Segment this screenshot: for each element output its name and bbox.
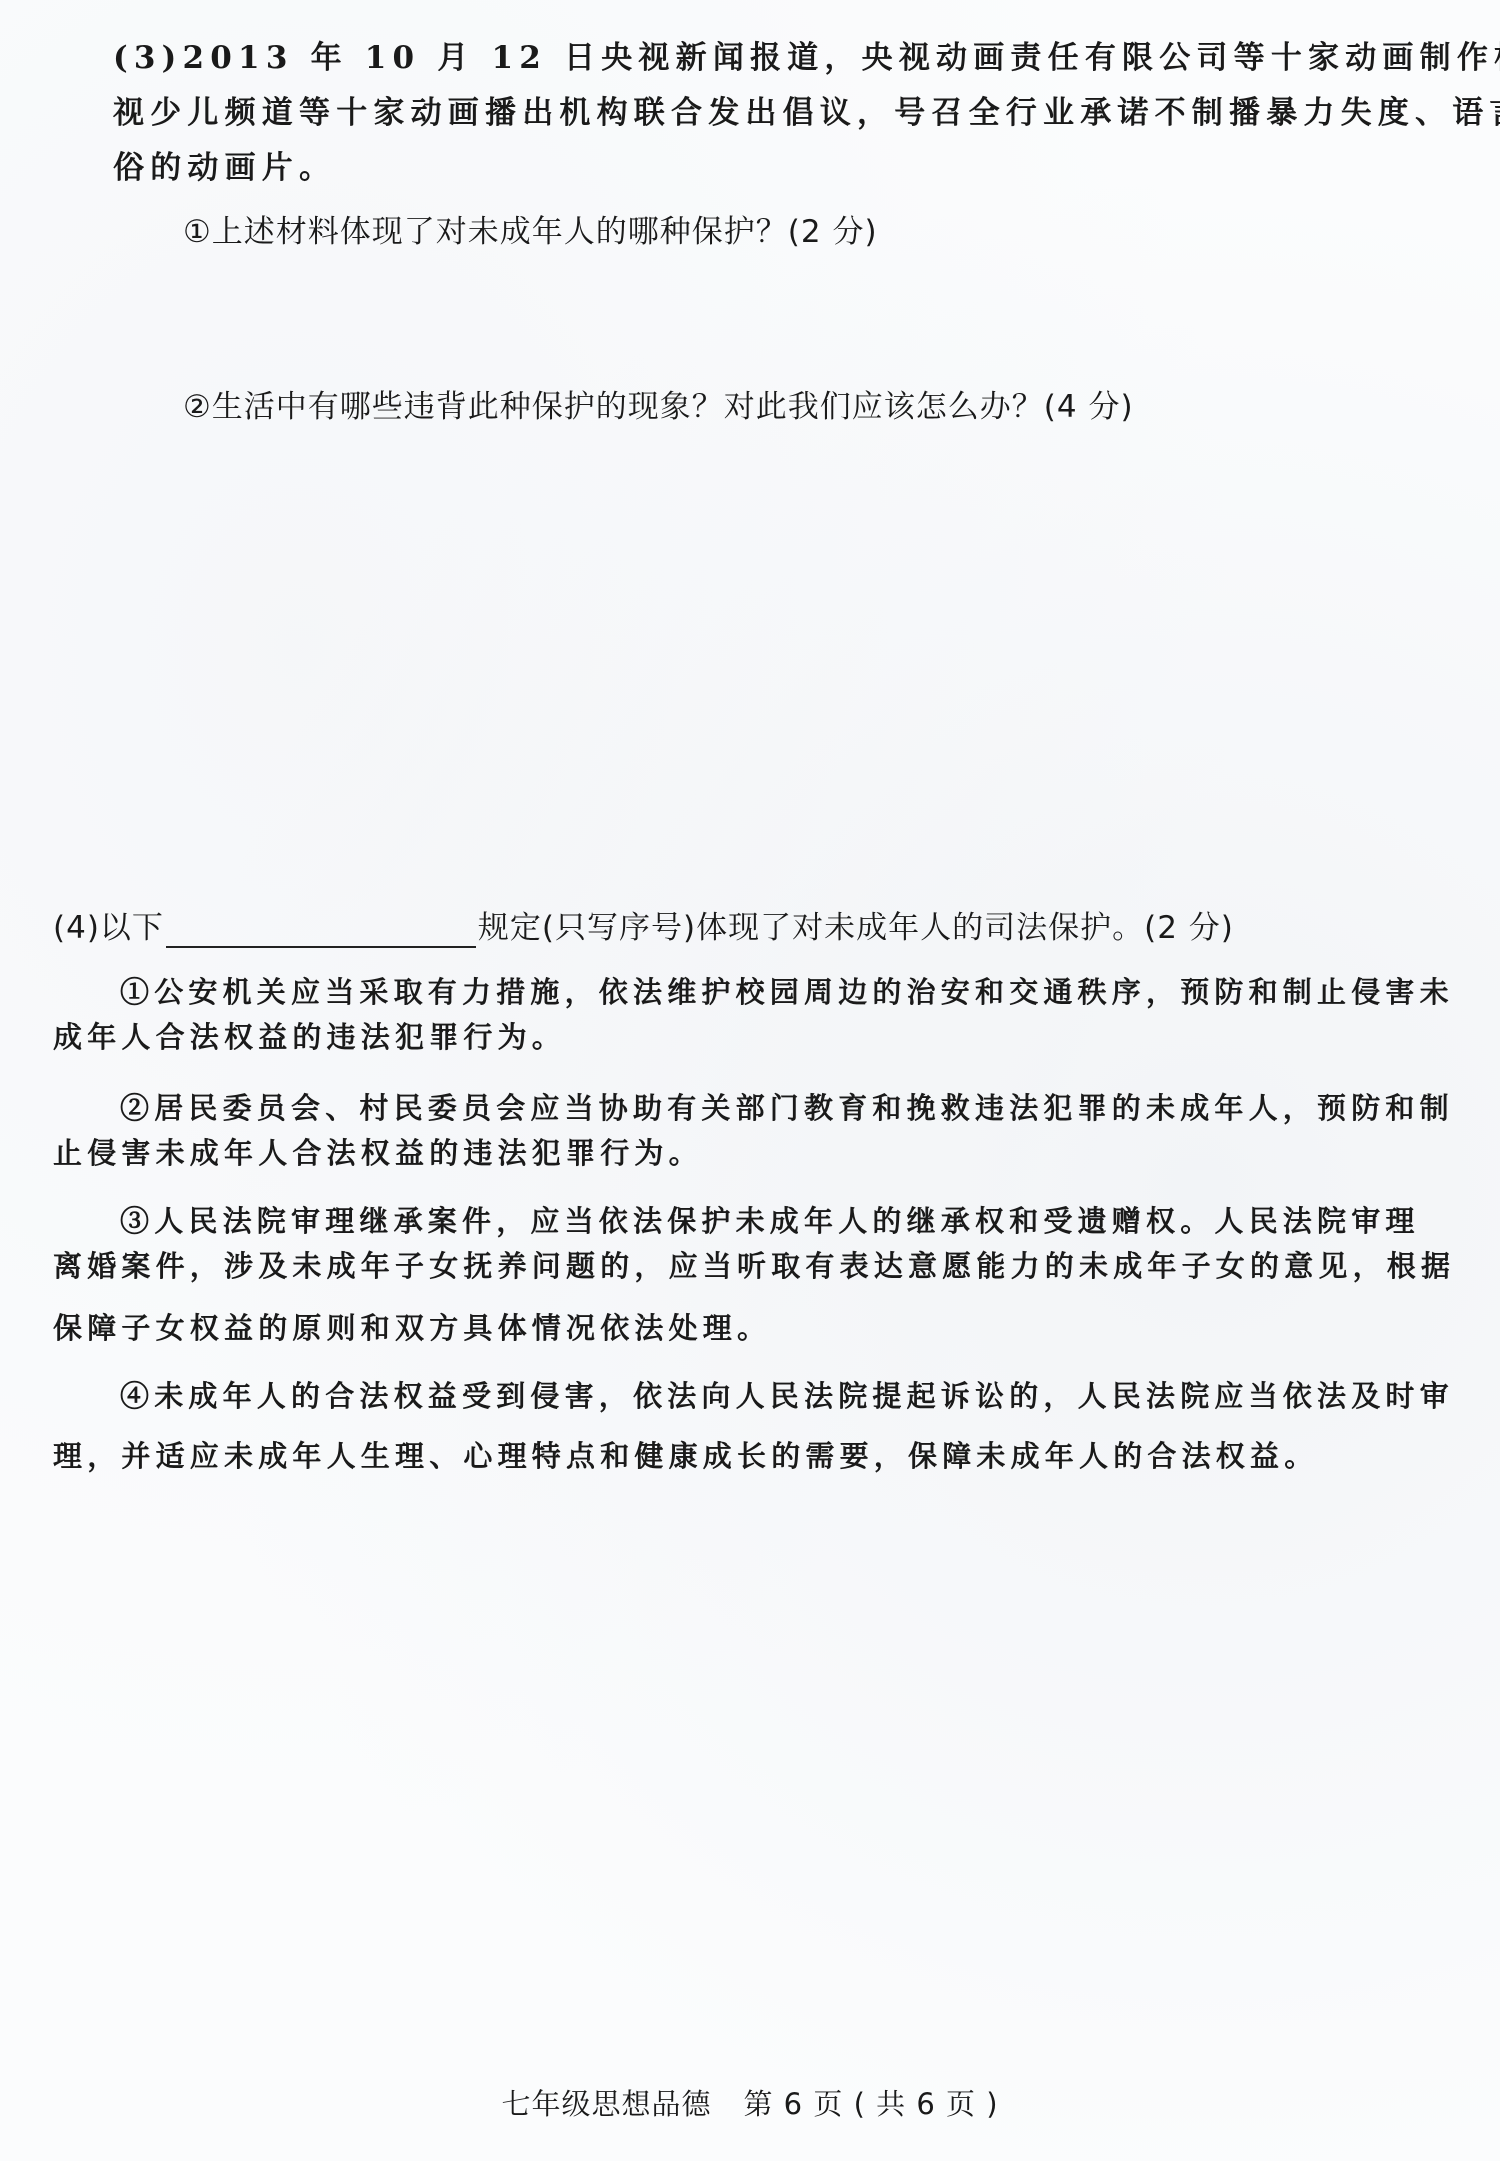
footer-subject: 七年级思想品德 <box>501 2087 711 2121</box>
question-4-heading: (4)以下规定(只写序号)体现了对未成年人的司法保护。(2 分) <box>53 908 1234 948</box>
provision-1-line-1: ①公安机关应当采取有力措施，依法维护校园周边的治安和交通秩序，预防和制止侵害未 <box>120 972 1454 1012</box>
question-4-suffix: 规定(只写序号)体现了对未成年人的司法保护。(2 分) <box>478 910 1234 946</box>
page-footer: 七年级思想品德第 6 页 ( 共 6 页 ) <box>0 2082 1500 2123</box>
exam-page: (3)2013 年 10 月 12 日央视新闻报道，央视动画责任有限公司等十家动… <box>0 0 1500 2161</box>
question-3-text-line-1: (3)2013 年 10 月 12 日央视新闻报道，央视动画责任有限公司等十家动… <box>113 38 1500 78</box>
question-3-sub-question-2: ②生活中有哪些违背此种保护的现象？对此我们应该怎么办？(4 分) <box>183 387 1134 427</box>
provision-1-line-2: 成年人合法权益的违法犯罪行为。 <box>53 1017 566 1057</box>
provision-3-line-1: ③人民法院审理继承案件，应当依法保护未成年人的继承权和受遗赠权。人民法院审理 <box>120 1201 1420 1241</box>
provision-3-line-2: 离婚案件，涉及未成年子女抚养问题的，应当听取有表达意愿能力的未成年子女的意见，根… <box>53 1246 1455 1286</box>
provision-2-line-2: 止侵害未成年人合法权益的违法犯罪行为。 <box>53 1133 703 1173</box>
footer-page-number: 第 6 页 ( 共 6 页 ) <box>743 2087 998 2121</box>
provision-4-line-1: ④未成年人的合法权益受到侵害，依法向人民法院提起诉讼的，人民法院应当依法及时审 <box>120 1376 1454 1416</box>
provision-4-line-2: 理，并适应未成年人生理、心理特点和健康成长的需要，保障未成年人的合法权益。 <box>53 1436 1318 1476</box>
provision-3-line-3: 保障子女权益的原则和双方具体情况依法处理。 <box>53 1308 771 1348</box>
question-4-prefix: (4)以下 <box>53 910 164 946</box>
question-3-text-line-3: 俗的动画片。 <box>113 148 336 188</box>
provision-2-line-1: ②居民委员会、村民委员会应当协助有关部门教育和挽救违法犯罪的未成年人，预防和制 <box>120 1088 1454 1128</box>
answer-blank[interactable] <box>166 916 476 948</box>
question-3-sub-question-1: ①上述材料体现了对未成年人的哪种保护？(2 分) <box>183 212 878 252</box>
question-3-text-line-2: 视少儿频道等十家动画播出机构联合发出倡议，号召全行业承诺不制播暴力失度、语言粗 <box>113 93 1500 133</box>
